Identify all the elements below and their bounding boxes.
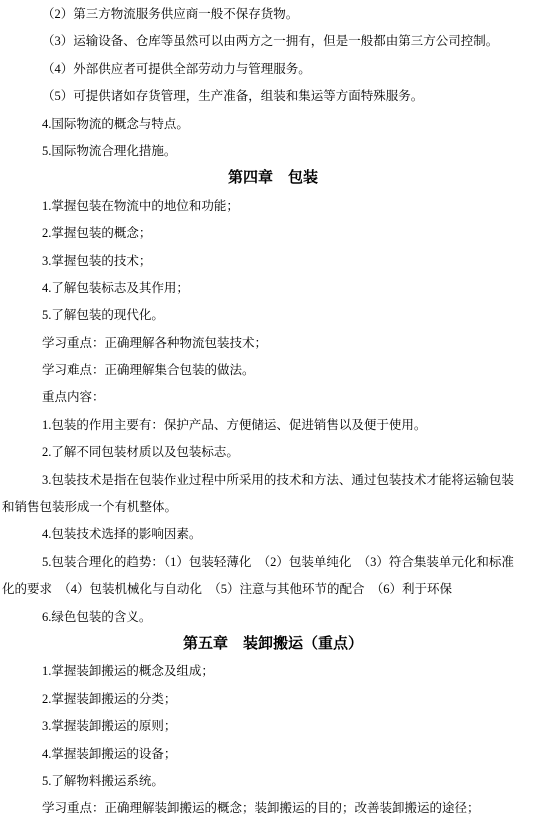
paragraph: （2）第三方物流服务供应商一般不保存货物。 [2,1,544,28]
paragraph: 1.掌握装卸搬运的概念及组成； [2,658,544,685]
paragraph: 2.了解不同包装材质以及包装标志。 [2,439,544,466]
paragraph: 学习重点：正确理解装卸搬运的概念；装卸搬运的目的；改善装卸搬运的途径； [2,795,544,822]
paragraph: （5）可提供诸如存货管理，生产准备，组装和集运等方面特殊服务。 [2,83,544,110]
paragraph: 2.掌握装卸搬运的分类； [2,686,544,713]
paragraph: 3.掌握装卸搬运的原则； [2,713,544,740]
paragraph: 5.包装合理化的趋势：（1）包装轻薄化 （2）包装单纯化 （3）符合集装单元化和… [2,549,544,576]
paragraph: 4.国际物流的概念与特点。 [2,111,544,138]
paragraph-continuation: 和销售包装形成一个有机整体。 [2,494,544,521]
paragraph: 4.掌握装卸搬运的设备； [2,741,544,768]
paragraph: 6.绿色包装的含义。 [2,604,544,631]
paragraph: 重点内容： [2,384,544,411]
paragraph: 5.了解包装的现代化。 [2,302,544,329]
paragraph: 4.了解包装标志及其作用； [2,275,544,302]
paragraph: 2.掌握包装的概念； [2,220,544,247]
document-page: （2）第三方物流服务供应商一般不保存货物。 （3）运输设备、仓库等虽然可以由两方… [0,0,546,824]
paragraph: 5.了解物料搬运系统。 [2,768,544,795]
paragraph: 1.掌握包装在物流中的地位和功能； [2,193,544,220]
paragraph: （3）运输设备、仓库等虽然可以由两方之一拥有，但是一般都由第三方公司控制。 [2,28,544,55]
chapter-5-heading: 第五章 装卸搬运（重点） [2,631,544,658]
paragraph: 学习难点：正确理解集合包装的做法。 [2,357,544,384]
chapter-4-heading: 第四章 包装 [2,165,544,192]
paragraph-continuation: 化的要求 （4）包装机械化与自动化 （5）注意与其他环节的配合 （6）利于环保 [2,576,544,603]
paragraph: 1.包装的作用主要有：保护产品、方便储运、促进销售以及便于使用。 [2,412,544,439]
paragraph: 3.包装技术是指在包装作业过程中所采用的技术和方法、通过包装技术才能将运输包装 [2,467,544,494]
paragraph: 3.掌握包装的技术； [2,248,544,275]
paragraph: （4）外部供应者可提供全部劳动力与管理服务。 [2,56,544,83]
paragraph: 5.国际物流合理化措施。 [2,138,544,165]
paragraph: 学习重点：正确理解各种物流包装技术； [2,330,544,357]
paragraph: 4.包装技术选择的影响因素。 [2,521,544,548]
